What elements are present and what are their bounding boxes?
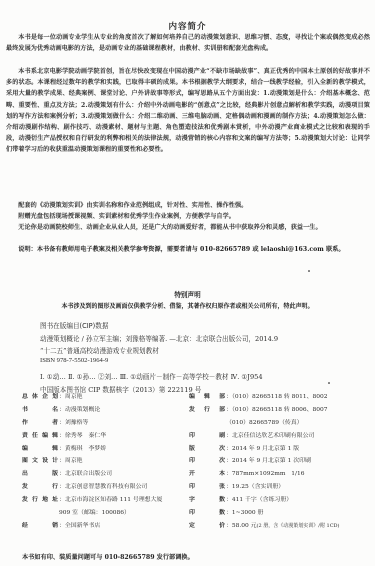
colophon-label: 出版 bbox=[22, 468, 58, 481]
colophon-value: ：19.25（含实训册） bbox=[225, 481, 284, 494]
scan-speck bbox=[252, 93, 254, 95]
colophon-label: 字数 bbox=[189, 494, 225, 507]
colophon-value: ：北京佳信达欣艺术印刷有限公司 bbox=[225, 430, 314, 443]
colophon-row: 开本：787mm×1092mm 1/16 bbox=[189, 468, 375, 481]
colophon-label: 发行部 bbox=[189, 404, 225, 417]
colophon-left-column: 总体企划：周京艳书名：动漫策划概论作者：刘豫格等责任编辑：徐秀琴 秦仁华编辑：黄… bbox=[22, 391, 192, 533]
colophon-label: 作者 bbox=[22, 417, 58, 430]
colophon-value: ：（010）82665118 转 8006、8007 bbox=[225, 404, 327, 417]
colophon-label: 发行地址 bbox=[22, 494, 58, 507]
quality-issue-note: 本书如有印、装质量问题可与 010-82665789 发行部调换。 bbox=[22, 552, 194, 561]
colophon-row: 定价：58.00 元(2 册，含《动漫策划实训》/附 1CD) bbox=[189, 520, 375, 533]
colophon-value: ：周京艳 bbox=[58, 391, 83, 404]
colophon-row: 发行地址：北京市海淀区知春路 111 号理想大厦 bbox=[22, 494, 192, 507]
colophon-value: ：黄梅琪 李梦娇 bbox=[58, 443, 106, 456]
colophon-value: ：1~3000 册 bbox=[225, 507, 263, 520]
colophon-row: 字数：411 千字（含练习册） bbox=[189, 494, 375, 507]
colophon-label: 编辑 bbox=[22, 443, 58, 456]
special-statement-text: 本书涉及到的图形及画面仅供教学分析、借鉴，其著作权归原作者或相关公司所有，特此声… bbox=[0, 301, 375, 310]
colophon-row: 909 室（邮编：100086） bbox=[22, 507, 192, 520]
colophon-row: （010）82665789（传真） bbox=[189, 417, 375, 430]
colophon-value: ：北京市海淀区知春路 111 号理想大厦 bbox=[58, 494, 162, 507]
colophon-row: 作者：刘豫格等 bbox=[22, 417, 192, 430]
intro-paragraph-5: 无论你是动画院校师生、动画企业从业人员，还是广大的动画爱好者，都能从书中获取养分… bbox=[6, 222, 370, 233]
colophon-value: ：（010）82665118 转 8011、8002 bbox=[225, 391, 327, 404]
colophon-row: 印数：1~3000 册 bbox=[189, 507, 375, 520]
colophon-label: 印次 bbox=[189, 455, 225, 468]
intro-paragraph-2: 本书系北京电影学院动画学院首创，旨在尽快改变现在中国动漫产业“不缺市场缺故事”、… bbox=[6, 66, 370, 156]
colophon-label: 书名 bbox=[22, 404, 58, 417]
colophon-value: ：徐秀琴 秦仁华 bbox=[58, 430, 106, 443]
intro-paragraph-3: 配套的《动漫策划实训》由实训名称和作业范例组成，针对性、实用性、操作性强。 bbox=[6, 200, 370, 211]
cip-classification: Ⅰ. ①动… Ⅱ. ①孙… ②刘… Ⅲ. ①动画片－制作－高等学校－教材 Ⅳ. … bbox=[40, 371, 263, 381]
colophon-row: 编辑部：（010）82665118 转 8011、8002 bbox=[189, 391, 375, 404]
colophon-value: ：787mm×1092mm 1/16 bbox=[225, 468, 305, 481]
price-note: (2 册，含《动漫策划实训》/附 1CD) bbox=[257, 523, 340, 529]
colophon-value: ：刘豫格等 bbox=[58, 417, 88, 430]
colophon-row: 编辑：黄梅琪 李梦娇 bbox=[22, 443, 192, 456]
colophon-label: 开本 bbox=[189, 468, 225, 481]
colophon-label: 印数 bbox=[189, 507, 225, 520]
colophon-row: 书名：动漫策划概论 bbox=[22, 404, 192, 417]
colophon-row: 印刷：北京佳信达欣艺术印刷有限公司 bbox=[189, 430, 375, 443]
intro-paragraph-1: 本书是每一位动画专业学生从专业的角度首次了解如何培养自己的动漫策划意识、思维习惯… bbox=[6, 32, 370, 54]
colophon-row: 版次：2014 年 9 月北京第 1 版 bbox=[189, 443, 375, 456]
cip-isbn: ISBN 978-7-5502-1964-9 bbox=[40, 357, 108, 364]
colophon-value: ：动漫策划概论 bbox=[58, 404, 100, 417]
colophon-row: 印张：19.25（含实训册） bbox=[189, 481, 375, 494]
special-statement-title: 特别声明 bbox=[0, 289, 375, 299]
colophon-row: 发行：北京创意智慧教育科技有限公司 bbox=[22, 481, 192, 494]
colophon-value: ：58.00 元(2 册，含《动漫策划实训》/附 1CD) bbox=[225, 520, 340, 533]
colophon-label: 印张 bbox=[189, 481, 225, 494]
colophon-label: 版次 bbox=[189, 443, 225, 456]
colophon-label: 总体企划 bbox=[22, 391, 58, 404]
colophon-label: 定价 bbox=[189, 520, 225, 533]
colophon-value: ：北京创意智慧教育科技有限公司 bbox=[58, 481, 147, 494]
colophon-value: ：全国新华书店 bbox=[58, 520, 100, 533]
intro-title: 内容简介 bbox=[0, 20, 375, 32]
colophon-value: 909 室（邮编：100086） bbox=[58, 507, 130, 520]
colophon-label: 发行 bbox=[22, 481, 58, 494]
colophon-row: 发行部：（010）82665118 转 8006、8007 bbox=[189, 404, 375, 417]
colophon-row: 经销：全国新华书店 bbox=[22, 520, 192, 533]
colophon-row: 责任编辑：徐秀琴 秦仁华 bbox=[22, 430, 192, 443]
colophon-row: 印次：2014 年 9 月北京第 1 次印刷 bbox=[189, 455, 375, 468]
teacher-resource-note: 说明：本书备有教师用电子教案及相关教学参考资源，需要者请与 010-826657… bbox=[6, 244, 370, 255]
colophon-row: 总体企划：周京艳 bbox=[22, 391, 192, 404]
colophon-row: 图文设计：周京艳 bbox=[22, 455, 192, 468]
intro-paragraph-4: 附赠光盘包括现场授课视频、实训素材和优秀学生作业案例，方便教学与自学。 bbox=[6, 211, 370, 222]
colophon-label: 编辑部 bbox=[189, 391, 225, 404]
colophon-label: 责任编辑 bbox=[22, 430, 58, 443]
scan-speck bbox=[328, 382, 330, 384]
colophon-value: （010）82665789（传真） bbox=[225, 417, 303, 430]
cip-bibliographic-line: 动漫策划概论 / 孙立军主编；刘豫格等编著. —北京：北京联合出版公司，2014… bbox=[40, 333, 278, 343]
copyright-page: 内容简介 本书是每一位动画专业学生从专业的角度首次了解如何培养自己的动漫策划意识… bbox=[0, 0, 375, 566]
colophon-value: ：周京艳 bbox=[58, 455, 83, 468]
colophon-label: 经销 bbox=[22, 520, 58, 533]
cip-series-line: “十二五”普通高校动漫游戏专业规划教材 bbox=[40, 345, 159, 355]
colophon-value: ：北京联合出版公司 bbox=[58, 468, 112, 481]
colophon-value: ：411 千字（含练习册） bbox=[225, 494, 292, 507]
colophon-value: ：2014 年 9 月北京第 1 次印刷 bbox=[225, 455, 311, 468]
colophon-right-column: 编辑部：（010）82665118 转 8011、8002发行部：（010）82… bbox=[189, 391, 375, 533]
colophon-label: 印刷 bbox=[189, 430, 225, 443]
colophon-label: 图文设计 bbox=[22, 455, 58, 468]
scan-speck bbox=[308, 270, 310, 272]
colophon-value: ：2014 年 9 月北京第 1 版 bbox=[225, 443, 299, 456]
cip-title: 图书在版编目(CIP)数据 bbox=[40, 320, 108, 330]
colophon-row: 出版：北京联合出版公司 bbox=[22, 468, 192, 481]
